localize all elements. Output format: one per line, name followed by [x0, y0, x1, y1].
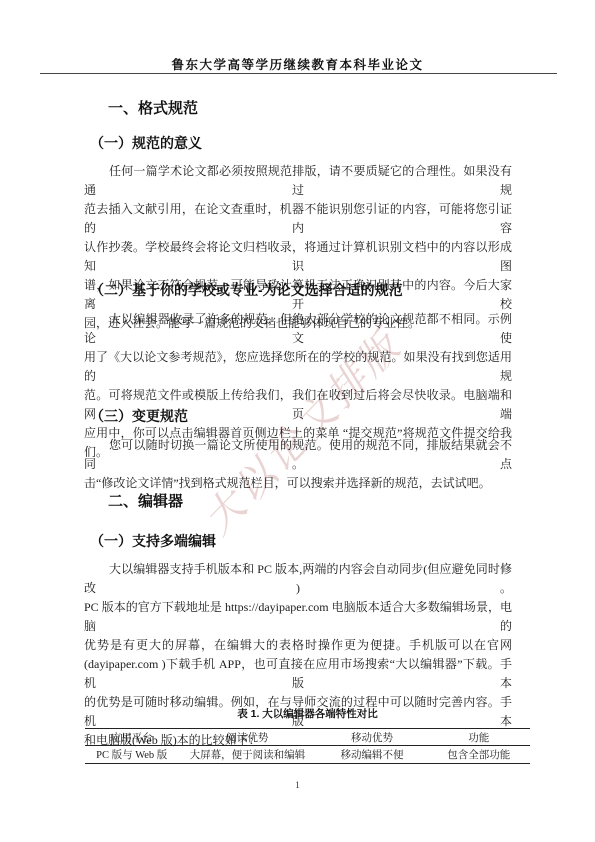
paragraph-line: 用了《大以论文参考规范》，您应选择您所在的学校的规范。如果没有找到您适用的规 — [84, 348, 512, 386]
paragraph-multi-device-editing: 大以编辑器支持手机版本和 PC 版本,两端的内容会自动同步(但应避免同时修改)。… — [84, 560, 512, 750]
paragraph-line: 认作抄袭。学校最终会将论文归档收录，将通过计算机识别文档中的内容以形成知识图 — [84, 238, 512, 276]
paragraph-line: 大以编辑器收录了许多的规范，但绝大部分学校的论文规范都不相同。示例论文使 — [84, 310, 512, 348]
paragraph-line: PC 版本的官方下载地址是 https://dayipaper.com 电脑版本… — [84, 598, 512, 636]
paragraph-line: 和电脑版(Web 版)本的比较如下： — [84, 731, 512, 750]
paragraph-line: 范去插入文献引用，在论文查重时，机器不能识别您引证的内容，可能将您引证的内容 — [84, 200, 512, 238]
paragraph-meaning-of-standards: 任何一篇学术论文都必须按照规范排版，请不要质疑它的合理性。如果没有通过规范去插入… — [84, 162, 512, 333]
paragraph-change-standard: 您可以随时切换一篇论文所使用的规范。使用的规范不同，排版结果就会不同。点击“修改… — [84, 436, 512, 493]
page-number: 1 — [0, 780, 595, 790]
paragraph-line: 您可以随时切换一篇论文所使用的规范。使用的规范不同，排版结果就会不同。点 — [84, 436, 512, 474]
section-1-1-heading: （一）规范的意义 — [84, 133, 202, 153]
section-1-2-heading: （二）基于你的学校或专业-为论文选择合适的规范 — [84, 280, 403, 300]
section-1-3-heading: （三）变更规范 — [84, 406, 188, 426]
section-2-1-heading: （一）支持多端编辑 — [84, 531, 216, 551]
paragraph-line: 的优势是可随时移动编辑。例如，在与导师交流的过程中可以随时完善内容。手机版本 — [84, 693, 512, 731]
paragraph-line: 优势是有更大的屏幕，在编辑大的表格时操作更为便捷。手机版可以在官网 — [84, 636, 512, 655]
paragraph-line: (dayipaper.com )下载手机 APP，也可直接在应用市场搜索“大以编… — [84, 655, 512, 693]
section-1-heading: 一、格式规范 — [84, 97, 198, 118]
header-divider — [40, 73, 557, 74]
paragraph-line: 大以编辑器支持手机版本和 PC 版本,两端的内容会自动同步(但应避免同时修改)。 — [84, 560, 512, 598]
document-page: 大以论文排版 鲁东大学高等学历继续教育本科毕业论文 一、格式规范 （一）规范的意… — [0, 0, 595, 842]
section-2-heading: 二、编辑器 — [84, 490, 183, 511]
running-head-title: 鲁东大学高等学历继续教育本科毕业论文 — [0, 55, 595, 73]
paragraph-line: 任何一篇学术论文都必须按照规范排版，请不要质疑它的合理性。如果没有通过规 — [84, 162, 512, 200]
